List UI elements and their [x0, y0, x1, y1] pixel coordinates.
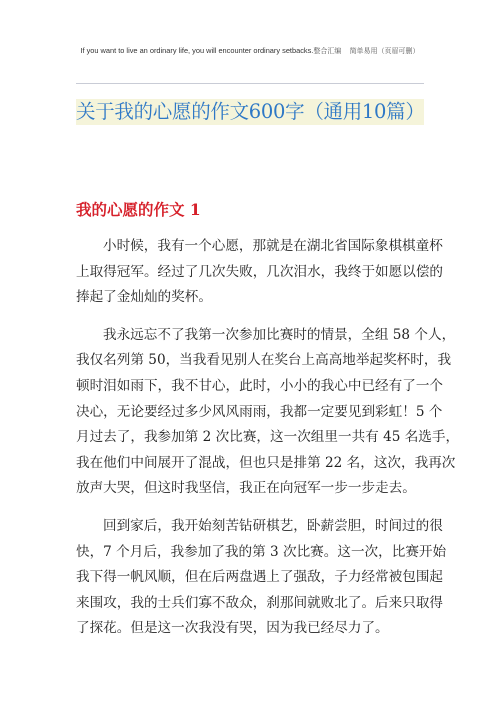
header-divider	[76, 83, 424, 84]
text-line: 我下得一帆风顺，但在后两盘遇上了强敌，子力经常被包围起	[76, 565, 424, 591]
text-line: 来围攻，我的士兵们寡不敌众，刹那间就败北了。后来只取得	[76, 591, 424, 617]
text-line: 放声大哭，但这时我坚信，我正在向冠军一步一步走去。	[76, 476, 424, 502]
text-line: 上取得冠军。经过了几次失败，几次泪水，我终于如愿以偿的	[76, 260, 424, 286]
text-line: 我仅名列第 50，当我看见别人在奖台上高高地举起奖杯时，我	[76, 348, 424, 374]
text-line: 决心，无论要经过多少风风雨雨，我都一定要见到彩虹！5 个	[76, 400, 424, 426]
page-header: If you want to live an ordinary life, yo…	[0, 46, 500, 56]
text-line: 小时候，我有一个心愿，那就是在湖北省国际象棋棋童杯	[76, 234, 424, 260]
paragraph: 我永远忘不了我第一次参加比赛时的情景，全组 58 个人， 我仅名列第 50，当我…	[76, 323, 424, 502]
text-line: 我在他们中间展开了混战，但也只是排第 22 名，这次，我再次	[76, 451, 424, 477]
paragraph: 回到家后，我开始刻苦钻研棋艺，卧薪尝胆，时间过的很 快，7 个月后，我参加了我的…	[76, 514, 424, 642]
header-quote: If you want to live an ordinary life, yo…	[80, 46, 313, 55]
text-line: 回到家后，我开始刻苦钻研棋艺，卧薪尝胆，时间过的很	[76, 514, 424, 540]
text-line: 月过去了，我参加第 2 次比赛，这一次组里一共有 45 名选手，	[76, 425, 424, 451]
section-heading: 我的心愿的作文 1	[76, 198, 201, 220]
header-note: 整合汇编	[313, 47, 341, 55]
header-tagline: 简单易用（页眉可删）	[350, 47, 420, 55]
section-body: 小时候，我有一个心愿，那就是在湖北省国际象棋棋童杯 上取得冠军。经过了几次失败，…	[76, 234, 424, 654]
text-line: 顿时泪如雨下，我不甘心，此时，小小的我心中已经有了一个	[76, 374, 424, 400]
text-line: 我永远忘不了我第一次参加比赛时的情景，全组 58 个人，	[76, 323, 424, 349]
text-line: 快，7 个月后，我参加了我的第 3 次比赛。这一次，比赛开始	[76, 540, 424, 566]
paragraph: 小时候，我有一个心愿，那就是在湖北省国际象棋棋童杯 上取得冠军。经过了几次失败，…	[76, 234, 424, 311]
document-title: 关于我的心愿的作文600字（通用10篇）	[76, 99, 424, 125]
text-line: 了探花。但是这一次我没有哭，因为我已经尽力了。	[76, 616, 424, 642]
text-line: 捧起了金灿灿的奖杯。	[76, 285, 424, 311]
